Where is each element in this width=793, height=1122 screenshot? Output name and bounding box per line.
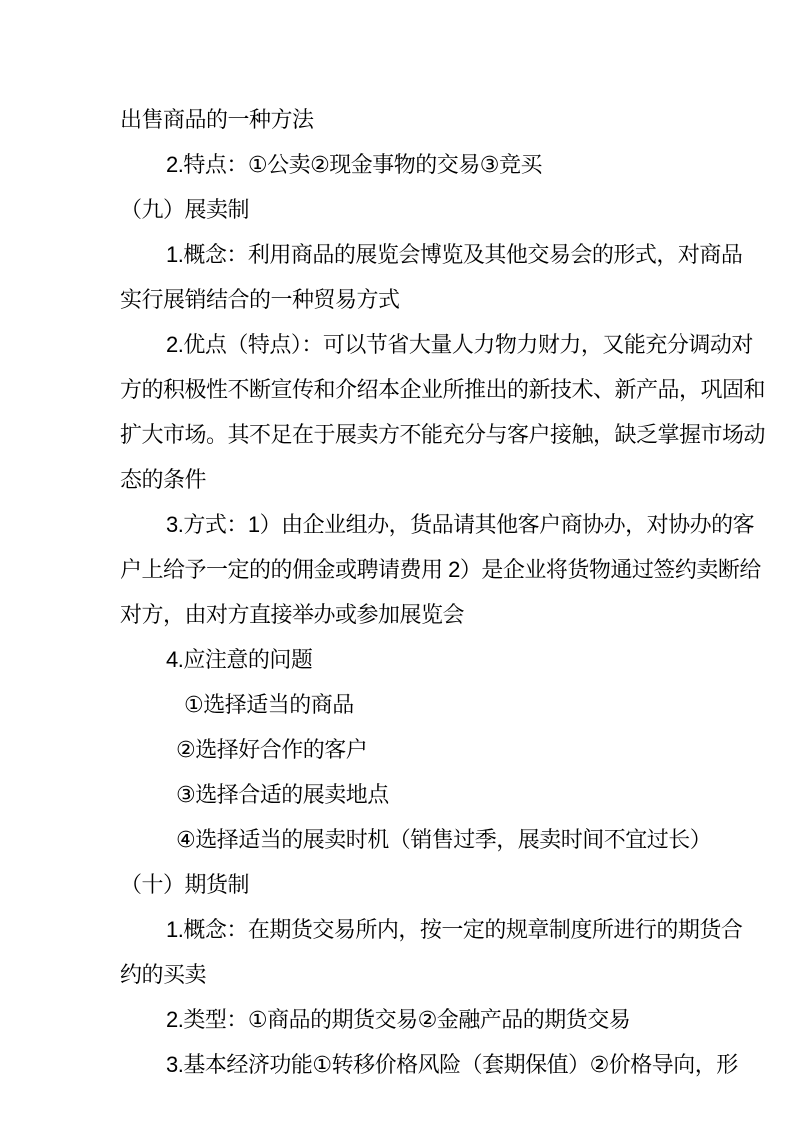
text-line: 2.优点（特点）：可以节省大量人力物力财力，又能充分调动对 (120, 322, 720, 367)
text-line: 扩大市场。其不足在于展卖方不能充分与客户接触，缺乏掌握市场动 (120, 412, 720, 457)
text-line: 态的条件 (120, 457, 720, 502)
text-line: 户上给予一定的的佣金或聘请费用 2）是企业将货物通过签约卖断给 (120, 547, 720, 592)
text-line: 实行展销结合的一种贸易方式 (120, 277, 720, 322)
text-line: ①选择适当的商品 (120, 682, 720, 727)
text-line: 2.类型：①商品的期货交易②金融产品的期货交易 (120, 997, 720, 1042)
text-line: 方的积极性不断宣传和介绍本企业所推出的新技术、新产品，巩固和 (120, 367, 720, 412)
text-line: 4.应注意的问题 (120, 637, 720, 682)
text-line: （九）展卖制 (120, 187, 720, 232)
document-page: 出售商品的一种方法2.特点：①公卖②现金事物的交易③竞买（九）展卖制1.概念：利… (0, 0, 793, 1122)
text-line: （十）期货制 (120, 862, 720, 907)
text-line: ②选择好合作的客户 (120, 727, 720, 772)
text-line: 1.概念：利用商品的展览会博览及其他交易会的形式，对商品 (120, 232, 720, 277)
text-line: 3.基本经济功能①转移价格风险（套期保值）②价格导向，形 (120, 1042, 720, 1087)
text-line: 对方，由对方直接举办或参加展览会 (120, 592, 720, 637)
text-line: ③选择合适的展卖地点 (120, 772, 720, 817)
text-line: 2.特点：①公卖②现金事物的交易③竞买 (120, 142, 720, 187)
text-line: 出售商品的一种方法 (120, 97, 720, 142)
text-line: 1.概念：在期货交易所内，按一定的规章制度所进行的期货合 (120, 907, 720, 952)
text-line: ④选择适当的展卖时机（销售过季，展卖时间不宜过长） (120, 817, 720, 862)
text-line: 约的买卖 (120, 952, 720, 997)
document-text-area: 出售商品的一种方法2.特点：①公卖②现金事物的交易③竞买（九）展卖制1.概念：利… (120, 97, 720, 1087)
text-line: 3.方式：1）由企业组办，货品请其他客户商协办，对协办的客 (120, 502, 720, 547)
